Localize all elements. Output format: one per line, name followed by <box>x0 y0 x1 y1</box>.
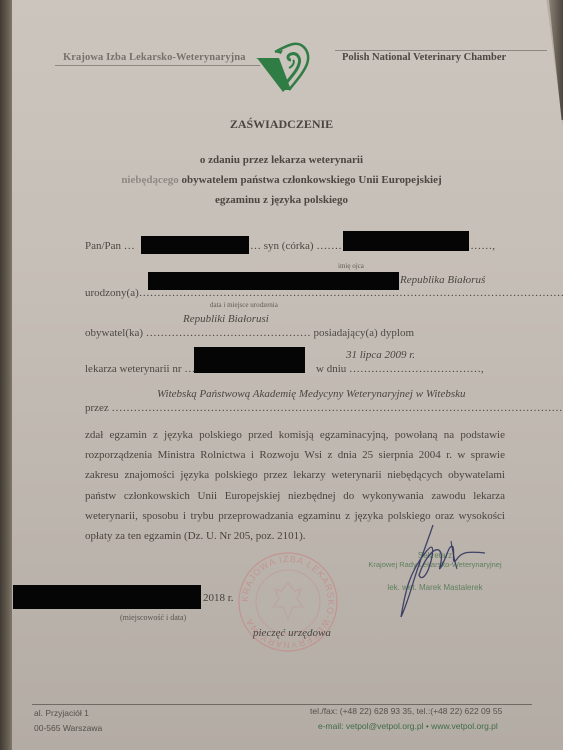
org-name-polish: Krajowa Izba Lekarsko-Weterynaryjna <box>63 52 246 63</box>
footer-address-line-2: 00-565 Warszawa <box>34 723 102 733</box>
father-name-caption: imię ojca <box>338 262 364 270</box>
issuer-label: przez …………………………………………………………………………………………… <box>85 402 563 414</box>
header-rule-left <box>55 65 260 66</box>
citizenship-value: Republiki Białorusi <box>183 313 269 325</box>
photo-background-left <box>0 0 14 750</box>
subtitle-line-3: egzaminu z języka polskiego <box>0 194 563 206</box>
document-title: ZAŚWIADCZENIE <box>0 117 563 132</box>
redacted-diploma-number <box>194 347 305 373</box>
year-value: 2018 r. <box>203 592 234 604</box>
subtitle-line-2: niebędącego obywatelem państwa członkows… <box>0 174 563 186</box>
birth-country-value: Republika Białoruś <box>400 274 485 286</box>
place-date-caption: (miejscowość i data) <box>120 613 186 622</box>
seal-label: pieczęć urzędowa <box>253 627 331 639</box>
org-name-english: Polish National Veterinary Chamber <box>342 52 506 63</box>
redacted-full-name <box>141 236 249 254</box>
footer-address-line-1: al. Przyjaciół 1 <box>34 708 89 718</box>
header-rule-right <box>335 50 547 51</box>
diploma-date-label: w dniu ………………………………, <box>316 363 484 375</box>
footer-rule <box>32 704 532 705</box>
footer-phone: tel./fax: (+48 22) 628 93 35, tel.:(+48 … <box>310 706 502 716</box>
footer-contact[interactable]: e-mail: vetpol@vetpol.org.pl • www.vetpo… <box>318 721 498 731</box>
diploma-number-label: lekarza weterynarii nr … <box>85 363 195 375</box>
redacted-place-date <box>13 585 201 609</box>
birth-caption: data i miejsce urodzenia <box>210 301 278 309</box>
veterinary-logo-icon <box>253 38 315 94</box>
diploma-date-value: 31 lipca 2009 r. <box>346 349 415 361</box>
issuer-value: Witebską Państwową Akademię Medycyny Wet… <box>157 388 466 400</box>
born-label: urodzony(a)……………………………………………………………………………… <box>85 287 563 299</box>
subtitle-faded-text: niebędącego <box>121 174 178 186</box>
citizen-label: obywatel(ka) ……………………………………… posiadający… <box>85 327 414 339</box>
name-label: Pan/Pan … <box>85 240 135 252</box>
handwritten-signature <box>375 523 495 618</box>
redacted-father-name <box>343 231 469 251</box>
subtitle-rest-text: obywatelem państwa członkowskiego Unii E… <box>179 174 442 186</box>
subtitle-line-1: o zdaniu przez lekarza weterynarii <box>0 154 563 166</box>
